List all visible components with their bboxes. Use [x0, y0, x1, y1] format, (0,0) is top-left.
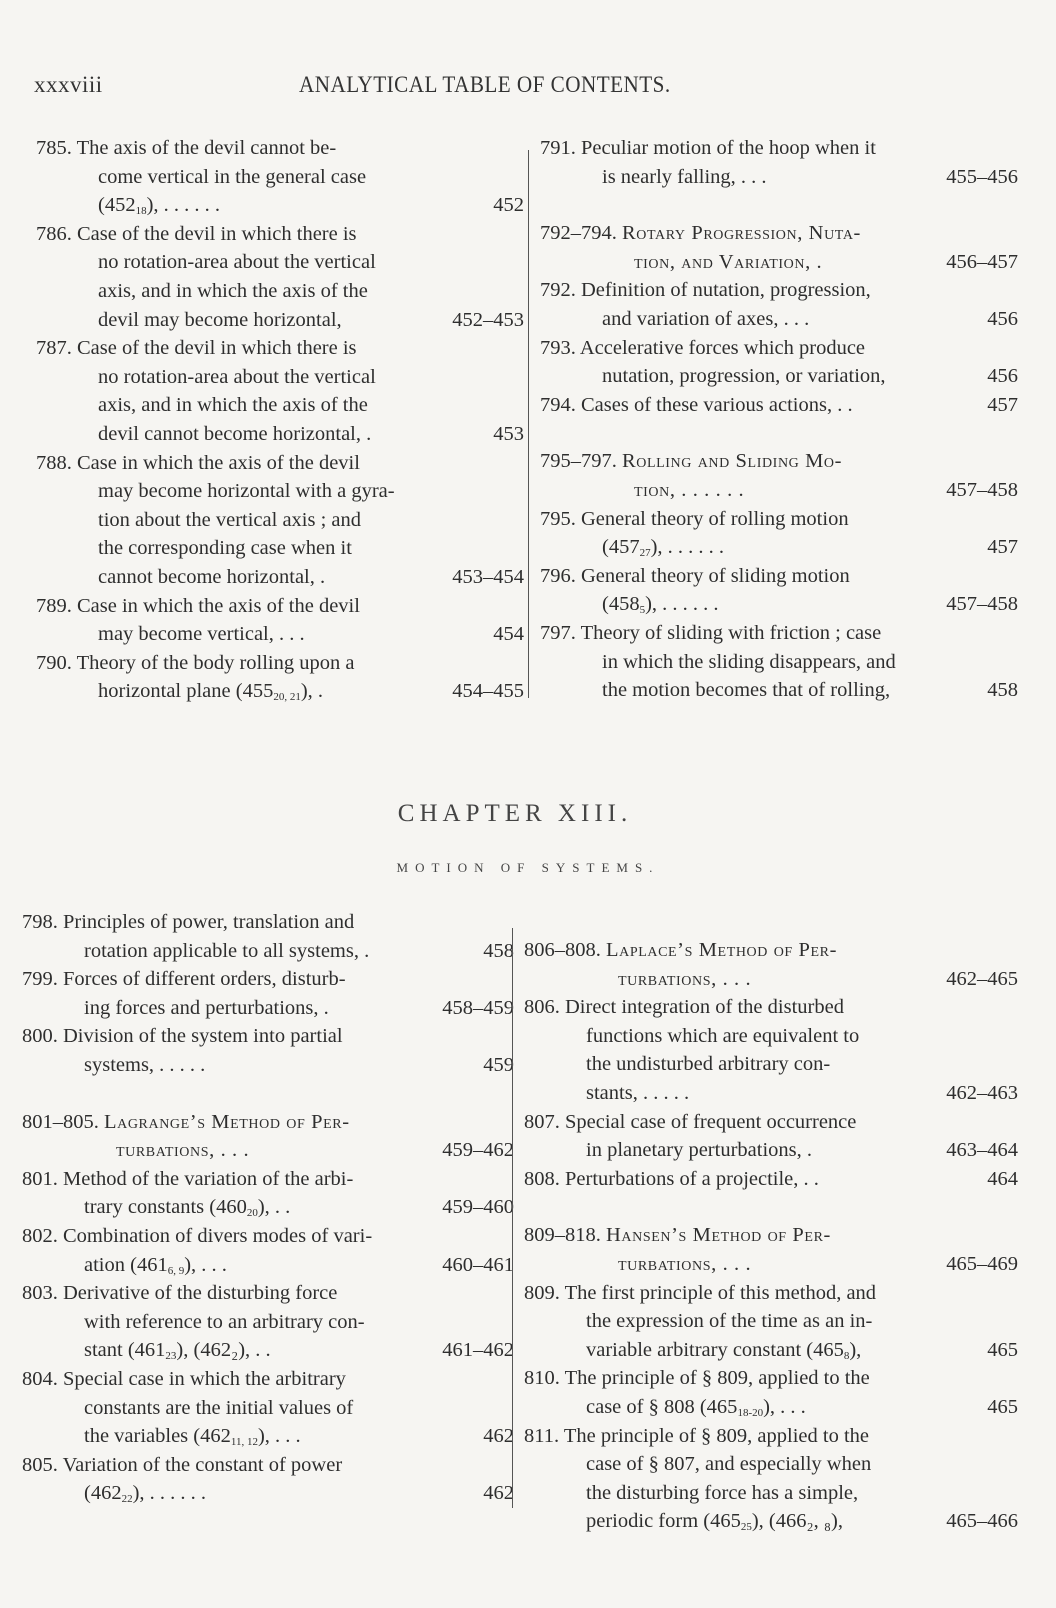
toc-entry-line: 804. Special case in which the arbitrary [22, 1365, 514, 1394]
line-subscript: 23 [165, 1350, 176, 1362]
section-number: 809. [524, 1282, 565, 1304]
section-number: 808. [524, 1168, 565, 1190]
page-reference[interactable]: 458 [483, 937, 514, 966]
line-subscript: 25 [741, 1521, 752, 1533]
entry-text: turbations, . . . [618, 968, 751, 990]
entry-text: with reference to an arbitrary con- [84, 1311, 365, 1333]
toc-entry-line: 792. Definition of nutation, progression… [540, 276, 1018, 305]
toc-entry[interactable]: 785. The axis of the devil cannot be-com… [36, 134, 524, 220]
section-number: 803. [22, 1282, 63, 1304]
entry-text: axis, and in which the axis of the [98, 280, 368, 302]
toc-section-heading[interactable]: 806–808. Laplace’s Method of Per-turbati… [524, 936, 1018, 993]
entry-text: trary constants (460 [84, 1196, 247, 1218]
toc-entry-line: devil may become horizontal,452–453 [36, 306, 524, 335]
page-reference[interactable]: 456–457 [946, 248, 1018, 277]
page-reference[interactable]: 459–460 [442, 1193, 514, 1222]
entry-text: Special case in which the arbitrary [63, 1368, 346, 1390]
entry-text: the variables (462 [84, 1425, 231, 1447]
page-reference[interactable]: 462 [483, 1422, 514, 1451]
entry-text: ), . . . [763, 1396, 806, 1418]
entry-text: tion, and Variation, . [634, 251, 822, 273]
toc-entry-line: tion about the vertical axis ; and [36, 506, 524, 535]
entry-text: Lagrange’s Method of Per- [104, 1111, 350, 1133]
page-reference[interactable]: 457 [987, 391, 1018, 420]
toc-entry-line: the corresponding case when it [36, 534, 524, 563]
chapter-subtitle: MOTION OF SYSTEMS. [0, 860, 1056, 876]
section-number: 801. [22, 1168, 63, 1190]
toc-entry-line: and variation of axes, . . .456 [540, 305, 1018, 334]
entry-text: come vertical in the general case [98, 166, 366, 188]
entry-text: (457 [602, 536, 640, 558]
entry-text: ), . . . . . . [147, 194, 220, 216]
column-divider [528, 150, 529, 698]
toc-entry-line: ing forces and perturbations, .458–459 [22, 994, 514, 1023]
toc-section-heading[interactable]: 801–805. Lagrange’s Method of Per-turbat… [22, 1108, 514, 1165]
toc-entry-line: 790. Theory of the body rolling upon a [36, 649, 524, 678]
page-reference[interactable]: 461–462 [442, 1336, 514, 1365]
line-subscript: 22 [122, 1493, 133, 1505]
toc-entry-line: 791. Peculiar motion of the hoop when it [540, 134, 1018, 163]
section-spacer [524, 908, 1018, 936]
page-reference[interactable]: 455–456 [946, 163, 1018, 192]
toc-entry-line: the motion becomes that of rolling,458 [540, 676, 1018, 705]
section-number: 793. [540, 337, 580, 359]
section-number: 795. [540, 508, 581, 530]
section-spacer [540, 191, 1018, 219]
entry-text: Theory of the body rolling upon a [77, 652, 355, 674]
entry-text: devil cannot become horizontal, . [98, 423, 371, 445]
toc-entry[interactable]: 797. Theory of sliding with friction ; c… [540, 619, 1018, 705]
toc-entry-line: (45218), . . . . . .452 [36, 191, 524, 220]
toc-entry-line: 806. Direct integration of the disturbed [524, 993, 1018, 1022]
toc-entry-line: (4585), . . . . . .457–458 [540, 590, 1018, 619]
toc-entry-line: the disturbing force has a simple, [524, 1479, 1018, 1508]
entry-text: ), . . . . . . [645, 593, 718, 615]
toc-entry-line: 809. The first principle of this method,… [524, 1279, 1018, 1308]
toc-entry-line: may become vertical, . . .454 [36, 620, 524, 649]
entry-text: the expression of the time as an in- [586, 1310, 872, 1332]
entry-text: Division of the system into partial [63, 1025, 343, 1047]
entry-text: in which the sliding disappears, and [602, 651, 896, 673]
entry-text: Variation of the constant of power [63, 1454, 343, 1476]
entry-text: is nearly falling, . . . [602, 166, 767, 188]
page-reference[interactable]: 457 [987, 533, 1018, 562]
toc-entry[interactable]: 807. Special case of frequent occurrence… [524, 1108, 1018, 1165]
toc-column-bottom-left: 798. Principles of power, translation an… [22, 908, 514, 1508]
toc-entry-line: 793. Accelerative forces which produce [540, 334, 1018, 363]
entry-text: Case in which the axis of the devil [77, 452, 360, 474]
toc-entry-line: 807. Special case of frequent occurrence [524, 1108, 1018, 1137]
toc-entry-line: 802. Combination of divers modes of vari… [22, 1222, 514, 1251]
section-number: 791. [540, 137, 581, 159]
entry-text: and variation of axes, . . . [602, 308, 809, 330]
section-number: 801–805. [22, 1111, 104, 1133]
toc-entry-line: no rotation-area about the vertical [36, 363, 524, 392]
entry-text: The principle of § 809, applied to the [565, 1367, 870, 1389]
section-number: 792. [540, 279, 581, 301]
entry-text: Combination of divers modes of vari- [63, 1225, 372, 1247]
section-number: 796. [540, 565, 581, 587]
toc-entry-line: 808. Perturbations of a projectile, . .4… [524, 1165, 1018, 1194]
page-reference[interactable]: 458–459 [442, 994, 514, 1023]
entry-text: Forces of different orders, disturb- [63, 968, 346, 990]
toc-entry-line: 806–808. Laplace’s Method of Per- [524, 936, 1018, 965]
entry-text: ), . . [258, 1196, 290, 1218]
page-reference[interactable]: 462 [483, 1479, 514, 1508]
page-reference[interactable]: 456 [987, 305, 1018, 334]
entry-text: Hansen’s Method of Per- [606, 1224, 831, 1246]
toc-section-heading[interactable]: 792–794. Rotary Progression, Nuta-tion, … [540, 219, 1018, 276]
entry-text: variable arbitrary constant (465 [586, 1339, 844, 1361]
toc-entry-line: 797. Theory of sliding with friction ; c… [540, 619, 1018, 648]
page-reference[interactable]: 465 [987, 1336, 1018, 1365]
entry-text: ation (461 [84, 1254, 168, 1276]
toc-entry-line: stants, . . . . .462–463 [524, 1079, 1018, 1108]
section-number: 788. [36, 452, 77, 474]
entry-text: ), (462₂), . . [176, 1339, 270, 1361]
page-title: ANALYTICAL TABLE OF CONTENTS. [299, 72, 671, 98]
entry-text: constants are the initial values of [84, 1397, 353, 1419]
entry-text: Principles of power, translation and [63, 911, 354, 933]
toc-entry-line: case of § 807, and especially when [524, 1450, 1018, 1479]
entry-text: nutation, progression, or variation, [602, 365, 886, 387]
entry-text: Accelerative forces which produce [580, 337, 865, 359]
toc-entry-line: functions which are equivalent to [524, 1022, 1018, 1051]
section-number: 789. [36, 595, 77, 617]
section-number: 798. [22, 911, 63, 933]
section-number: 795–797. [540, 450, 622, 472]
entry-text: ), . . . [184, 1254, 227, 1276]
entry-text: no rotation-area about the vertical [98, 251, 376, 273]
entry-text: in planetary perturbations, . [586, 1139, 812, 1161]
toc-entry[interactable]: 786. Case of the devil in which there is… [36, 220, 524, 334]
page-reference[interactable]: 459 [483, 1051, 514, 1080]
entry-text: ), (466₂, ₈), [752, 1510, 843, 1532]
entry-text: periodic form (465 [586, 1510, 741, 1532]
toc-entry-line: turbations, . . .465–469 [524, 1250, 1018, 1279]
entry-text: General theory of rolling motion [581, 508, 849, 530]
page-reference[interactable]: 465–469 [946, 1250, 1018, 1279]
entry-text: no rotation-area about the vertical [98, 366, 376, 388]
toc-entry[interactable]: 789. Case in which the axis of the devil… [36, 592, 524, 649]
toc-entry-line: systems, . . . . .459 [22, 1051, 514, 1080]
section-number: 792–794. [540, 222, 622, 244]
toc-entry-line: 795–797. Rolling and Sliding Mo- [540, 447, 1018, 476]
entry-text: Definition of nutation, progression, [581, 279, 871, 301]
toc-entry[interactable]: 790. Theory of the body rolling upon aho… [36, 649, 524, 706]
entry-text: Rolling and Sliding Mo- [622, 450, 842, 472]
toc-entry[interactable]: 794. Cases of these various actions, . .… [540, 391, 1018, 420]
section-number: 802. [22, 1225, 63, 1247]
entry-text: ), . [301, 680, 323, 702]
toc-entry-line: 785. The axis of the devil cannot be- [36, 134, 524, 163]
toc-entry-line: 792–794. Rotary Progression, Nuta- [540, 219, 1018, 248]
entry-text: rotation applicable to all systems, . [84, 940, 369, 962]
toc-entry-line: nutation, progression, or variation,456 [540, 362, 1018, 391]
entry-text: turbations, . . . [116, 1139, 249, 1161]
page-reference[interactable]: 456 [987, 362, 1018, 391]
entry-text: Theory of sliding with friction ; case [581, 622, 882, 644]
section-number: 805. [22, 1454, 63, 1476]
entry-text: Case of the devil in which there is [77, 337, 357, 359]
toc-entry[interactable]: 792. Definition of nutation, progression… [540, 276, 1018, 333]
page-reference[interactable]: 460–461 [442, 1251, 514, 1280]
page-reference[interactable]: 457–458 [946, 590, 1018, 619]
toc-entry[interactable]: 805. Variation of the constant of power(… [22, 1451, 514, 1508]
entry-text: stant (461 [84, 1339, 165, 1361]
column-divider [512, 928, 513, 1508]
toc-entry-line: 794. Cases of these various actions, . .… [540, 391, 1018, 420]
toc-entry[interactable]: 804. Special case in which the arbitrary… [22, 1365, 514, 1451]
entry-text: case of § 808 (465 [586, 1396, 737, 1418]
toc-entry[interactable]: 808. Perturbations of a projectile, . .4… [524, 1165, 1018, 1194]
toc-entry-line: horizontal plane (45520, 21), .454–455 [36, 677, 524, 706]
section-spacer [540, 419, 1018, 447]
entry-text: cannot become horizontal, . [98, 566, 325, 588]
toc-entry[interactable]: 788. Case in which the axis of the devil… [36, 449, 524, 592]
page-reference[interactable]: 458 [987, 676, 1018, 705]
entry-text: Laplace’s Method of Per- [606, 939, 837, 961]
entry-text: tion, . . . . . . [634, 479, 744, 501]
book-page: xxxviii ANALYTICAL TABLE OF CONTENTS. 78… [0, 0, 1056, 1608]
section-number: 807. [524, 1111, 565, 1133]
entry-text: may become horizontal with a gyra- [98, 480, 395, 502]
page-reference[interactable]: 453–454 [452, 563, 524, 592]
entry-text: Peculiar motion of the hoop when it [581, 137, 876, 159]
entry-text: The principle of § 809, applied to the [564, 1425, 869, 1447]
entry-text: may become vertical, . . . [98, 623, 305, 645]
section-number: 785. [36, 137, 77, 159]
toc-entry-line: (46222), . . . . . .462 [22, 1479, 514, 1508]
page-reference[interactable]: 452 [493, 191, 524, 220]
toc-entry-line: 786. Case of the devil in which there is [36, 220, 524, 249]
toc-entry-line: tion, and Variation, .456–457 [540, 248, 1018, 277]
toc-entry-line: 795. General theory of rolling motion [540, 505, 1018, 534]
toc-entry-line: 801–805. Lagrange’s Method of Per- [22, 1108, 514, 1137]
toc-entry-line: ation (4616, 9), . . .460–461 [22, 1251, 514, 1280]
section-spacer [22, 1080, 514, 1108]
toc-entry-line: 803. Derivative of the disturbing force [22, 1279, 514, 1308]
line-subscript: 27 [640, 547, 651, 559]
toc-entry[interactable]: 810. The principle of § 809, applied to … [524, 1364, 1018, 1421]
toc-entry-line: in which the sliding disappears, and [540, 648, 1018, 677]
toc-entry-line: axis, and in which the axis of the [36, 391, 524, 420]
page-reference[interactable]: 454–455 [452, 677, 524, 706]
page-reference[interactable]: 454 [493, 620, 524, 649]
entry-text: case of § 807, and especially when [586, 1453, 871, 1475]
entry-text: (458 [602, 593, 640, 615]
toc-entry-line: trary constants (46020), . .459–460 [22, 1193, 514, 1222]
toc-entry[interactable]: 793. Accelerative forces which producenu… [540, 334, 1018, 391]
page-reference[interactable]: 463–464 [946, 1136, 1018, 1165]
toc-entry[interactable]: 801. Method of the variation of the arbi… [22, 1165, 514, 1222]
entry-text: tion about the vertical axis ; and [98, 509, 361, 531]
toc-entry-line: come vertical in the general case [36, 163, 524, 192]
entry-text: functions which are equivalent to [586, 1025, 859, 1047]
chapter-heading: CHAPTER XIII. [0, 800, 1030, 828]
entry-text: devil may become horizontal, [98, 309, 342, 331]
section-number: 799. [22, 968, 63, 990]
toc-entry-line: the expression of the time as an in- [524, 1307, 1018, 1336]
line-subscript: 18 [136, 205, 147, 217]
toc-entry-line: turbations, . . .459–462 [22, 1136, 514, 1165]
entry-text: the undisturbed arbitrary con- [586, 1053, 830, 1075]
toc-entry[interactable]: 798. Principles of power, translation an… [22, 908, 514, 965]
entry-text: ), [849, 1339, 861, 1361]
page-reference[interactable]: 453 [493, 420, 524, 449]
toc-entry-line: 810. The principle of § 809, applied to … [524, 1364, 1018, 1393]
toc-entry-line: 801. Method of the variation of the arbi… [22, 1165, 514, 1194]
toc-entry[interactable]: 787. Case of the devil in which there is… [36, 334, 524, 448]
toc-entry-line: 788. Case in which the axis of the devil [36, 449, 524, 478]
entry-text: stants, . . . . . [586, 1082, 689, 1104]
entry-text: Case in which the axis of the devil [77, 595, 360, 617]
section-number: 804. [22, 1368, 63, 1390]
entry-text: Case of the devil in which there is [77, 223, 357, 245]
entry-text: The first principle of this method, and [565, 1282, 876, 1304]
entry-text: Special case of frequent occurrence [565, 1111, 856, 1133]
toc-entry-line: periodic form (46525), (466₂, ₈),465–466 [524, 1507, 1018, 1536]
page-reference[interactable]: 462–463 [946, 1079, 1018, 1108]
toc-entry[interactable]: 800. Division of the system into partial… [22, 1022, 514, 1079]
line-subscript: 20, 21 [273, 691, 301, 703]
toc-entry-line: 789. Case in which the axis of the devil [36, 592, 524, 621]
section-number: 806–808. [524, 939, 606, 961]
toc-section-heading[interactable]: 795–797. Rolling and Sliding Mo-tion, . … [540, 447, 1018, 504]
section-number: 800. [22, 1025, 63, 1047]
toc-entry-line: turbations, . . .462–465 [524, 965, 1018, 994]
toc-entry-line: case of § 808 (46518-20), . . .465 [524, 1393, 1018, 1422]
toc-entry-line: 787. Case of the devil in which there is [36, 334, 524, 363]
toc-section-heading[interactable]: 809–818. Hansen’s Method of Per-turbatio… [524, 1221, 1018, 1278]
entry-text: ), . . . . . . [133, 1482, 206, 1504]
entry-text: (462 [84, 1482, 122, 1504]
toc-entry-line: in planetary perturbations, .463–464 [524, 1136, 1018, 1165]
toc-entry-line: no rotation-area about the vertical [36, 248, 524, 277]
toc-entry-line: cannot become horizontal, .453–454 [36, 563, 524, 592]
entry-text: turbations, . . . [618, 1253, 751, 1275]
entry-text: Derivative of the disturbing force [63, 1282, 337, 1304]
entry-text: horizontal plane (455 [98, 680, 273, 702]
toc-entry[interactable]: 799. Forces of different orders, disturb… [22, 965, 514, 1022]
entry-text: (452 [98, 194, 136, 216]
entry-text: ), . . . . . . [651, 536, 724, 558]
entry-text: axis, and in which the axis of the [98, 394, 368, 416]
entry-text: ing forces and perturbations, . [84, 997, 329, 1019]
entry-text: the corresponding case when it [98, 537, 352, 559]
toc-entry-line: variable arbitrary constant (4658),465 [524, 1336, 1018, 1365]
toc-entry-line: 809–818. Hansen’s Method of Per- [524, 1221, 1018, 1250]
toc-entry-line: 805. Variation of the constant of power [22, 1451, 514, 1480]
section-number: 790. [36, 652, 77, 674]
page-number: xxxviii [34, 72, 103, 98]
section-number: 806. [524, 996, 565, 1018]
section-number: 810. [524, 1367, 565, 1389]
toc-entry-line: may become horizontal with a gyra- [36, 477, 524, 506]
entry-text: the motion becomes that of rolling, [602, 679, 890, 701]
toc-entry-line: the undisturbed arbitrary con- [524, 1050, 1018, 1079]
entry-text: The axis of the devil cannot be- [77, 137, 337, 159]
toc-column-top-left: 785. The axis of the devil cannot be-com… [36, 134, 524, 706]
entry-text: Method of the variation of the arbi- [63, 1168, 353, 1190]
section-number: 809–818. [524, 1224, 606, 1246]
toc-entry[interactable]: 803. Derivative of the disturbing forcew… [22, 1279, 514, 1365]
entry-text: Cases of these various actions, . . [581, 394, 853, 416]
toc-entry[interactable]: 811. The principle of § 809, applied to … [524, 1422, 1018, 1536]
entry-text: General theory of sliding motion [581, 565, 850, 587]
section-number: 787. [36, 337, 77, 359]
line-subscript: 18-20 [737, 1407, 763, 1419]
toc-entry[interactable]: 795. General theory of rolling motion(45… [540, 505, 1018, 562]
entry-text: Rotary Progression, Nuta- [622, 222, 861, 244]
toc-entry-line: tion, . . . . . .457–458 [540, 476, 1018, 505]
page-reference[interactable]: 457–458 [946, 476, 1018, 505]
page-reference[interactable]: 459–462 [442, 1136, 514, 1165]
toc-entry-line: (45727), . . . . . .457 [540, 533, 1018, 562]
toc-entry-line: 811. The principle of § 809, applied to … [524, 1422, 1018, 1451]
toc-entry-line: constants are the initial values of [22, 1394, 514, 1423]
page-reference[interactable]: 465–466 [946, 1507, 1018, 1536]
line-subscript: 6, 9 [168, 1265, 185, 1277]
section-number: 794. [540, 394, 581, 416]
toc-entry-line: rotation applicable to all systems, .458 [22, 937, 514, 966]
entry-text: ), . . . [258, 1425, 301, 1447]
section-number: 811. [524, 1425, 564, 1447]
toc-entry-line: axis, and in which the axis of the [36, 277, 524, 306]
toc-entry-line: 799. Forces of different orders, disturb… [22, 965, 514, 994]
toc-entry-line: is nearly falling, . . .455–456 [540, 163, 1018, 192]
toc-column-top-right: 791. Peculiar motion of the hoop when it… [540, 134, 1018, 705]
toc-entry[interactable]: 802. Combination of divers modes of vari… [22, 1222, 514, 1279]
toc-entry-line: devil cannot become horizontal, .453 [36, 420, 524, 449]
toc-entry[interactable]: 806. Direct integration of the disturbed… [524, 993, 1018, 1107]
page-reference[interactable]: 465 [987, 1393, 1018, 1422]
page-reference[interactable]: 452–453 [452, 306, 524, 335]
toc-entry-line: the variables (46211, 12), . . .462 [22, 1422, 514, 1451]
toc-column-bottom-right: 806–808. Laplace’s Method of Per-turbati… [524, 908, 1018, 1536]
toc-entry-line: 796. General theory of sliding motion [540, 562, 1018, 591]
entry-text: Direct integration of the disturbed [565, 996, 844, 1018]
toc-entry-line: 798. Principles of power, translation an… [22, 908, 514, 937]
toc-entry-line: 800. Division of the system into partial [22, 1022, 514, 1051]
line-subscript: 11, 12 [231, 1436, 258, 1448]
toc-entry-line: with reference to an arbitrary con- [22, 1308, 514, 1337]
section-number: 786. [36, 223, 77, 245]
section-number: 797. [540, 622, 581, 644]
line-subscript: 20 [247, 1207, 258, 1219]
toc-entry-line: stant (46123), (462₂), . .461–462 [22, 1336, 514, 1365]
toc-entry[interactable]: 796. General theory of sliding motion(45… [540, 562, 1018, 619]
page-reference[interactable]: 464 [987, 1165, 1018, 1194]
toc-entry[interactable]: 791. Peculiar motion of the hoop when it… [540, 134, 1018, 191]
entry-text: Perturbations of a projectile, . . [565, 1168, 819, 1190]
entry-text: the disturbing force has a simple, [586, 1482, 858, 1504]
toc-entry[interactable]: 809. The first principle of this method,… [524, 1279, 1018, 1365]
entry-text: systems, . . . . . [84, 1054, 205, 1076]
page-reference[interactable]: 462–465 [946, 965, 1018, 994]
section-spacer [524, 1193, 1018, 1221]
